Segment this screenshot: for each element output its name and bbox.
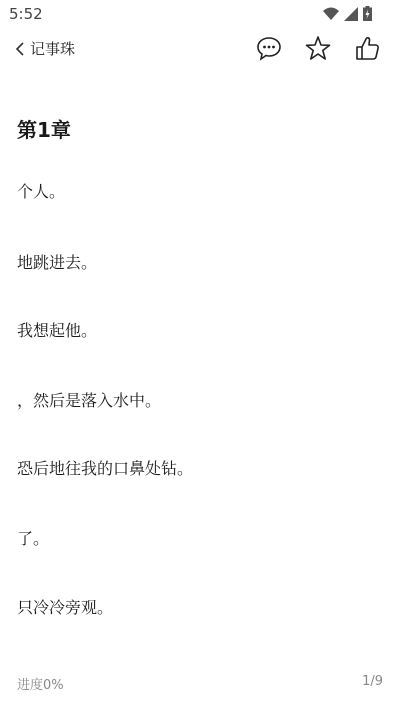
wifi-icon [323,7,339,21]
thumbs-up-icon[interactable] [354,35,380,61]
paragraph: 恐后地往我的口鼻处钻。 [17,457,193,481]
status-bar: 5:52 [0,0,400,28]
comment-icon[interactable] [256,35,282,61]
header-actions [256,35,380,61]
paragraph: ，然后是落入水中。 [17,389,161,413]
chevron-left-icon [14,41,26,57]
signal-icon [344,7,358,21]
chapter-title: 第1章 [17,112,383,152]
top-bar: 记事珠 [0,30,400,74]
status-icons [323,6,372,21]
paragraph: 只冷冷旁观。 [17,596,113,620]
star-icon[interactable] [305,35,331,61]
back-button[interactable]: 记事珠 [14,38,75,59]
progress-label: 进度0% [17,674,64,693]
page-indicator: 1/9 [362,674,383,689]
chapter-content: 第1章 个人。 地跳进去。 我想起他。 ，然后是落入水中。 恐后地往我的口鼻处钻… [17,112,383,152]
status-time: 5:52 [9,5,43,23]
paragraph: 地跳进去。 [17,251,97,275]
back-label: 记事珠 [30,38,75,59]
battery-charging-icon [363,6,372,21]
paragraph: 了。 [17,527,49,551]
reading-footer: 进度0% 1/9 [0,672,400,696]
paragraph: 个人。 [17,180,65,204]
paragraph: 我想起他。 [17,319,97,343]
